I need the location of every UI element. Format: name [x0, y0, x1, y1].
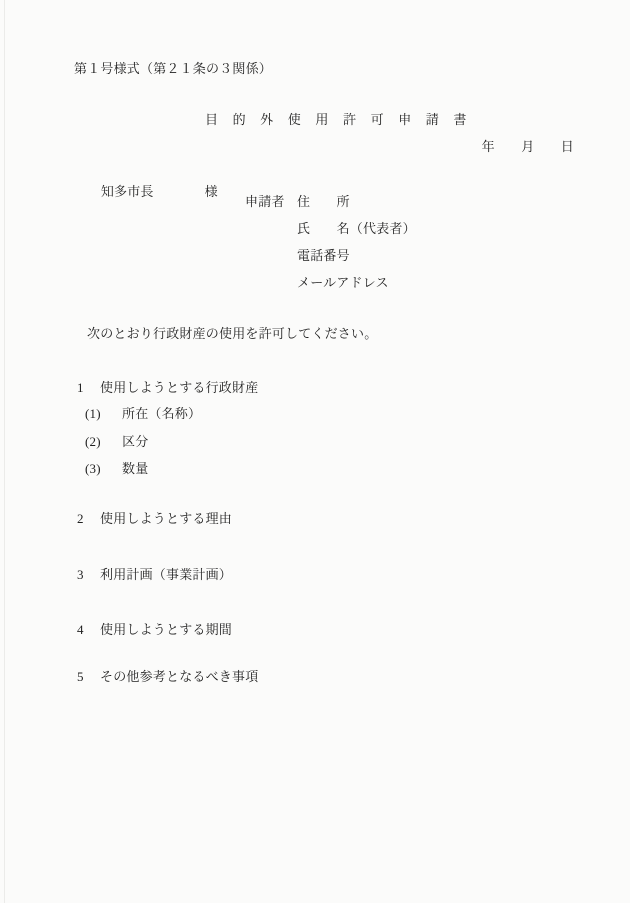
applicant-label: 申請者 — [245, 193, 285, 210]
applicant-field-phone: 電話番号 — [297, 247, 350, 264]
item-1-sub-1-number: (1) — [85, 405, 122, 422]
item-2-number: 2 — [77, 510, 100, 527]
request-sentence: 次のとおり行政財産の使用を許可してください。 — [87, 325, 377, 342]
applicant-field-email: メールアドレス — [297, 274, 389, 291]
item-2: 2 使用しようとする理由 — [77, 510, 232, 527]
applicant-field-name: 氏 名（代表者） — [297, 220, 416, 237]
page-left-edge — [4, 0, 5, 903]
item-1-sub-2-number: (2) — [85, 433, 122, 450]
item-1-number: 1 — [77, 379, 100, 396]
application-form-page: 第１号様式（第２１条の３関係） 目 的 外 使 用 許 可 申 請 書 年 月 … — [0, 0, 630, 903]
date-line: 年 月 日 — [482, 138, 574, 155]
item-1-sub-1: (1) 所在（名称） — [85, 405, 201, 422]
item-1-sub-3-label: 数量 — [122, 460, 148, 477]
item-1-sub-1-label: 所在（名称） — [122, 405, 201, 422]
item-1-sub-3-number: (3) — [85, 460, 122, 477]
item-4-label: 使用しようとする期間 — [100, 621, 232, 638]
form-number: 第１号様式（第２１条の３関係） — [74, 60, 272, 77]
item-3-number: 3 — [77, 566, 100, 583]
item-5: 5 その他参考となるべき事項 — [77, 668, 258, 685]
item-3: 3 利用計画（事業計画） — [77, 566, 232, 583]
item-1-sub-2: (2) 区分 — [85, 433, 148, 450]
item-2-label: 使用しようとする理由 — [100, 510, 232, 527]
item-5-number: 5 — [77, 668, 100, 685]
item-1-label: 使用しようとする行政財産 — [100, 379, 258, 396]
item-1-sub-3: (3) 数量 — [85, 460, 148, 477]
item-5-label: その他参考となるべき事項 — [100, 668, 258, 685]
item-4: 4 使用しようとする期間 — [77, 621, 232, 638]
item-4-number: 4 — [77, 621, 100, 638]
addressee-line: 知多市長様 — [87, 166, 218, 183]
page-title: 目 的 外 使 用 許 可 申 請 書 — [205, 111, 467, 128]
item-1: 1 使用しようとする行政財産 — [77, 379, 258, 396]
addressee-honorific: 様 — [205, 184, 218, 199]
addressee-name: 知多市長 — [101, 184, 154, 199]
item-3-label: 利用計画（事業計画） — [100, 566, 232, 583]
item-1-sub-2-label: 区分 — [122, 433, 148, 450]
applicant-field-address: 住 所 — [297, 193, 350, 210]
